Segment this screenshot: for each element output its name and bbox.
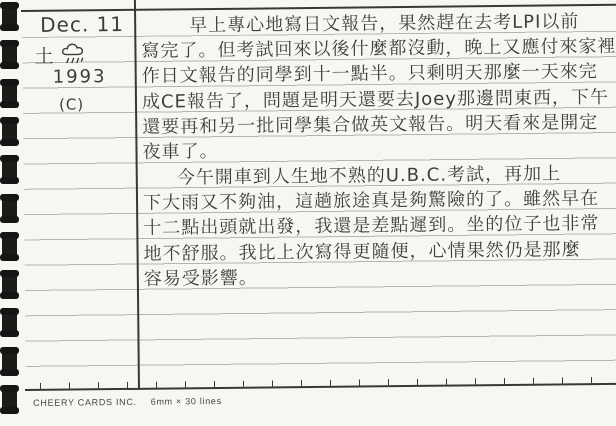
spiral-binding (0, 0, 26, 426)
binding-hole (2, 234, 17, 259)
binding-hole (2, 310, 17, 335)
binding-hole (2, 157, 17, 182)
entry-weekday: 土 (34, 42, 53, 69)
diary-line: 夜車了。 (142, 135, 616, 165)
binding-hole (2, 42, 17, 67)
paper-sheet: Dec. 11 土 1993 (C) 早上專心地寫日文報告，果然趕在去考LPI以… (0, 0, 616, 426)
entry-year: 1993 (53, 66, 107, 88)
binding-hole (2, 119, 17, 144)
binding-hole (2, 272, 17, 297)
binding-hole (2, 81, 17, 106)
footer-brand: CHEERY CARDS INC. (33, 397, 137, 408)
footer-paper-spec: 6mm × 30 lines (151, 396, 222, 407)
binding-hole (2, 349, 17, 374)
page-footer: CHEERY CARDS INC.6mm × 30 lines (33, 396, 222, 408)
binding-hole (2, 4, 17, 29)
notebook-page: Dec. 11 土 1993 (C) 早上專心地寫日文報告，果然趕在去考LPI以… (0, 0, 616, 426)
entry-code: (C) (59, 95, 84, 113)
rain-cloud-icon (58, 40, 92, 66)
binding-hole (2, 196, 17, 221)
binding-hole (2, 387, 17, 412)
diary-line: 十二點出頭就出發，我還是差點遲到。坐的位子也非常 (143, 211, 616, 241)
diary-line: 容易受影響。 (144, 262, 616, 292)
diary-line: 作日文報告的同學到十一點半。只剩明天那麼一天來完 (142, 59, 616, 89)
entry-date: Dec. 11 (40, 12, 124, 37)
